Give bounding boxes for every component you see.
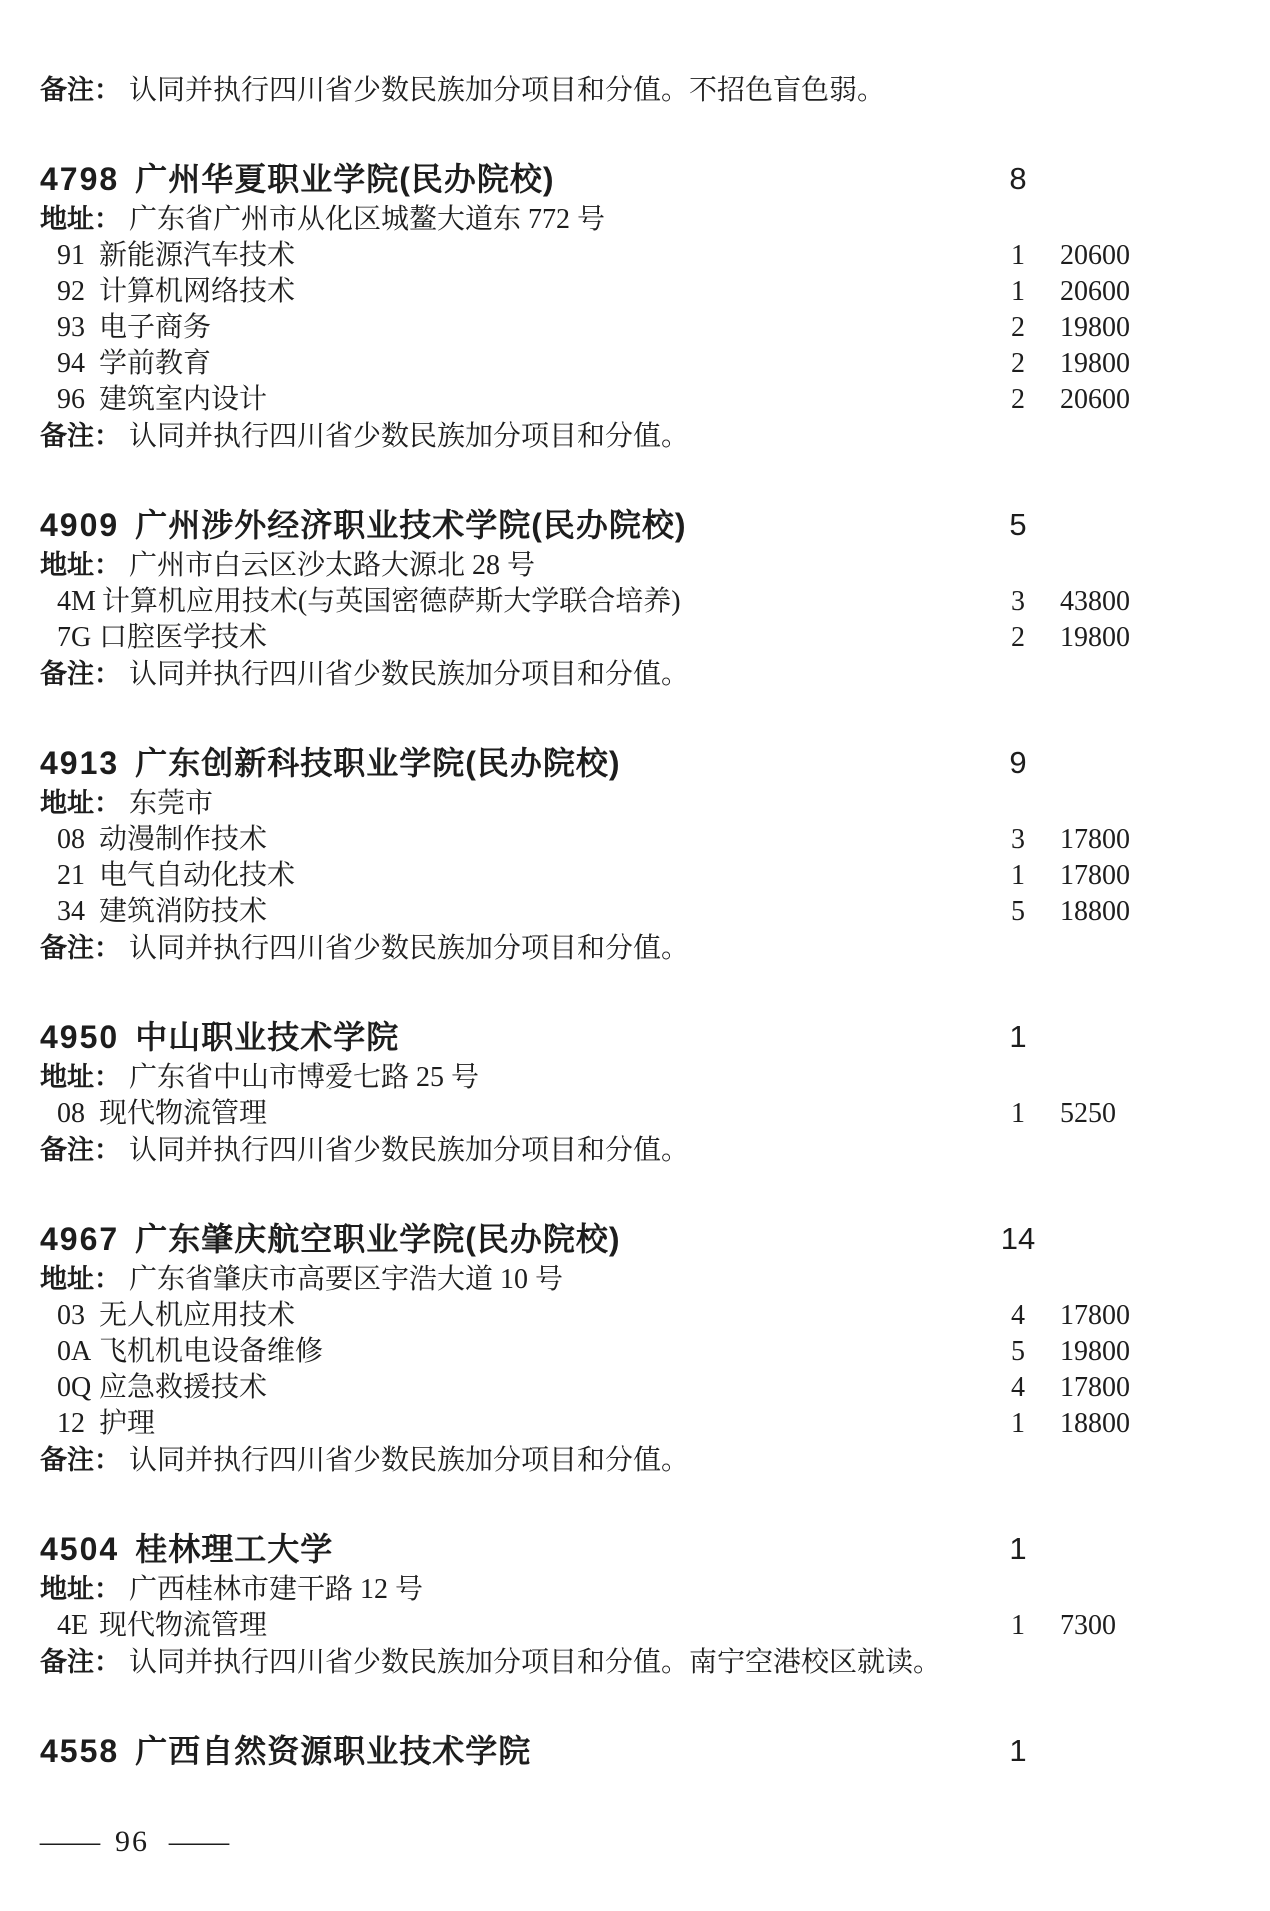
school-code: 4950 <box>40 1019 119 1055</box>
major-count: 5 <box>996 1334 1040 1370</box>
footer-right-dash: — <box>169 1822 229 1862</box>
major-code: 34 <box>57 894 93 930</box>
major-code: 92 <box>57 274 93 310</box>
major-fee: 20600 <box>1060 238 1190 274</box>
address-row: 地址：广东省中山市博爱七路 25 号 <box>40 1059 1230 1096</box>
address-label: 地址： <box>40 204 121 234</box>
page-footer: —96— <box>40 1822 199 1862</box>
school-title-row: 4558广西自然资源职业技术学院 1 <box>40 1729 1230 1773</box>
school-code: 4558 <box>40 1733 119 1769</box>
major-name: 新能源汽车技术 <box>99 240 295 271</box>
major-fee: 19800 <box>1060 1334 1190 1370</box>
major-fee: 18800 <box>1060 894 1190 930</box>
school-title-row: 4950中山职业技术学院 1 <box>40 1015 1230 1059</box>
top-note-text: 认同并执行四川省少数民族加分项目和分值。不招色盲色弱。 <box>129 75 885 106</box>
major-count: 5 <box>996 894 1040 930</box>
page-number: 96 <box>115 1825 149 1858</box>
school-section-4504: 4504桂林理工大学 1 地址：广西桂林市建干路 12 号 4E现代物流管理 1… <box>40 1527 1230 1681</box>
school-section-4798: 4798广州华夏职业学院(民办院校) 8 地址：广东省广州市从化区城鳌大道东 7… <box>40 157 1230 455</box>
major-name: 计算机网络技术 <box>99 276 295 307</box>
school-section-4558: 4558广西自然资源职业技术学院 1 <box>40 1729 1230 1773</box>
note-label: 备注： <box>40 933 121 963</box>
address-text: 广东省中山市博爱七路 25 号 <box>129 1062 479 1093</box>
school-title-row: 4504桂林理工大学 1 <box>40 1527 1230 1571</box>
note-text: 认同并执行四川省少数民族加分项目和分值。 <box>129 1135 689 1166</box>
major-name: 无人机应用技术 <box>99 1300 295 1331</box>
school-code: 4798 <box>40 161 119 197</box>
note-text: 认同并执行四川省少数民族加分项目和分值。 <box>129 1445 689 1476</box>
major-name: 学前教育 <box>99 348 211 379</box>
major-code: 08 <box>57 1096 93 1132</box>
major-row: 0Q应急救援技术 4 17800 <box>40 1370 1230 1406</box>
major-fee: 17800 <box>1060 1298 1190 1334</box>
note-text: 认同并执行四川省少数民族加分项目和分值。南宁空港校区就读。 <box>129 1647 941 1678</box>
school-name: 广东创新科技职业学院(民办院校) <box>135 745 620 781</box>
address-text: 广东省广州市从化区城鳌大道东 772 号 <box>129 204 605 235</box>
note-row: 备注：认同并执行四川省少数民族加分项目和分值。南宁空港校区就读。 <box>40 1644 1230 1681</box>
document-page: { "document": { "top_note": { "label": "… <box>0 0 1270 1911</box>
major-name: 现代物流管理 <box>99 1610 267 1641</box>
major-count: 1 <box>996 274 1040 310</box>
school-name: 中山职业技术学院 <box>135 1019 399 1055</box>
major-count: 1 <box>996 1096 1040 1132</box>
address-label: 地址： <box>40 1264 121 1294</box>
school-plan-total: 1 <box>996 1015 1040 1059</box>
major-count: 3 <box>996 822 1040 858</box>
major-fee: 17800 <box>1060 1370 1190 1406</box>
major-row: 4E现代物流管理 1 7300 <box>40 1608 1230 1644</box>
major-row: 96建筑室内设计 2 20600 <box>40 382 1230 418</box>
school-section-4909: 4909广州涉外经济职业技术学院(民办院校) 5 地址：广州市白云区沙太路大源北… <box>40 503 1230 693</box>
address-label: 地址： <box>40 1062 121 1092</box>
school-plan-total: 9 <box>996 741 1040 785</box>
major-name: 应急救援技术 <box>99 1372 267 1403</box>
address-label: 地址： <box>40 788 121 818</box>
major-fee: 19800 <box>1060 346 1190 382</box>
school-plan-total: 8 <box>996 157 1040 201</box>
major-fee: 20600 <box>1060 382 1190 418</box>
major-row: 21电气自动化技术 1 17800 <box>40 858 1230 894</box>
major-code: 91 <box>57 238 93 274</box>
note-label: 备注： <box>40 1445 121 1475</box>
major-count: 1 <box>996 858 1040 894</box>
school-title-row: 4967广东肇庆航空职业学院(民办院校) 14 <box>40 1217 1230 1261</box>
school-section-4967: 4967广东肇庆航空职业学院(民办院校) 14 地址：广东省肇庆市高要区宇浩大道… <box>40 1217 1230 1479</box>
major-name: 口腔医学技术 <box>99 622 267 653</box>
note-row: 备注：认同并执行四川省少数民族加分项目和分值。 <box>40 1132 1230 1169</box>
school-code: 4909 <box>40 507 119 543</box>
major-row: 08现代物流管理 1 5250 <box>40 1096 1230 1132</box>
major-name: 电子商务 <box>99 312 211 343</box>
major-name: 计算机应用技术(与英国密德萨斯大学联合培养) <box>102 586 681 617</box>
school-name: 广东肇庆航空职业学院(民办院校) <box>135 1221 620 1257</box>
major-row: 92计算机网络技术 1 20600 <box>40 274 1230 310</box>
major-name: 现代物流管理 <box>99 1098 267 1129</box>
note-label: 备注： <box>40 659 121 689</box>
note-label: 备注： <box>40 1135 121 1165</box>
note-label: 备注： <box>40 421 121 451</box>
school-code: 4967 <box>40 1221 119 1257</box>
major-row: 94学前教育 2 19800 <box>40 346 1230 382</box>
note-text: 认同并执行四川省少数民族加分项目和分值。 <box>129 659 689 690</box>
school-name: 广州涉外经济职业技术学院(民办院校) <box>135 507 686 543</box>
major-row: 08动漫制作技术 3 17800 <box>40 822 1230 858</box>
address-label: 地址： <box>40 1574 121 1604</box>
major-row: 93电子商务 2 19800 <box>40 310 1230 346</box>
major-name: 电气自动化技术 <box>99 860 295 891</box>
school-title-row: 4909广州涉外经济职业技术学院(民办院校) 5 <box>40 503 1230 547</box>
school-plan-total: 1 <box>996 1527 1040 1571</box>
major-row: 91新能源汽车技术 1 20600 <box>40 238 1230 274</box>
major-count: 2 <box>996 346 1040 382</box>
major-fee: 19800 <box>1060 620 1190 656</box>
major-code: 4E <box>57 1608 93 1644</box>
note-row: 备注：认同并执行四川省少数民族加分项目和分值。 <box>40 930 1230 967</box>
major-code: 4M <box>57 584 96 620</box>
major-row: 7G口腔医学技术 2 19800 <box>40 620 1230 656</box>
address-row: 地址：东莞市 <box>40 785 1230 822</box>
note-row: 备注：认同并执行四川省少数民族加分项目和分值。 <box>40 1442 1230 1479</box>
address-text: 东莞市 <box>129 788 213 819</box>
major-name: 护理 <box>99 1408 155 1439</box>
address-label: 地址： <box>40 550 121 580</box>
school-name: 广西自然资源职业技术学院 <box>135 1733 531 1769</box>
school-code: 4504 <box>40 1531 119 1567</box>
major-code: 0A <box>57 1334 93 1370</box>
major-count: 4 <box>996 1298 1040 1334</box>
address-row: 地址：广西桂林市建干路 12 号 <box>40 1571 1230 1608</box>
major-fee: 5250 <box>1060 1096 1190 1132</box>
major-code: 93 <box>57 310 93 346</box>
note-text: 认同并执行四川省少数民族加分项目和分值。 <box>129 933 689 964</box>
school-code: 4913 <box>40 745 119 781</box>
major-count: 1 <box>996 1608 1040 1644</box>
school-title-row: 4913广东创新科技职业学院(民办院校) 9 <box>40 741 1230 785</box>
major-name: 飞机机电设备维修 <box>99 1336 323 1367</box>
major-count: 1 <box>996 1406 1040 1442</box>
note-row: 备注：认同并执行四川省少数民族加分项目和分值。 <box>40 418 1230 455</box>
major-count: 1 <box>996 238 1040 274</box>
major-fee: 19800 <box>1060 310 1190 346</box>
school-plan-total: 1 <box>996 1729 1040 1773</box>
major-row: 4M计算机应用技术(与英国密德萨斯大学联合培养) 3 43800 <box>40 584 1230 620</box>
page-content: 备注：认同并执行四川省少数民族加分项目和分值。不招色盲色弱。 4798广州华夏职… <box>40 72 1230 1773</box>
major-code: 08 <box>57 822 93 858</box>
major-code: 7G <box>57 620 93 656</box>
note-row: 备注：认同并执行四川省少数民族加分项目和分值。 <box>40 656 1230 693</box>
major-count: 2 <box>996 382 1040 418</box>
major-code: 94 <box>57 346 93 382</box>
address-text: 广西桂林市建干路 12 号 <box>129 1574 423 1605</box>
footer-left-dash: — <box>40 1822 100 1862</box>
school-name: 广州华夏职业学院(民办院校) <box>135 161 554 197</box>
top-note-row: 备注：认同并执行四川省少数民族加分项目和分值。不招色盲色弱。 <box>40 72 1230 109</box>
top-note-label: 备注： <box>40 75 121 105</box>
major-count: 3 <box>996 584 1040 620</box>
school-plan-total: 5 <box>996 503 1040 547</box>
major-row: 34建筑消防技术 5 18800 <box>40 894 1230 930</box>
address-text: 广州市白云区沙太路大源北 28 号 <box>129 550 535 581</box>
address-row: 地址：广州市白云区沙太路大源北 28 号 <box>40 547 1230 584</box>
major-fee: 17800 <box>1060 858 1190 894</box>
major-row: 12护理 1 18800 <box>40 1406 1230 1442</box>
major-code: 0Q <box>57 1370 93 1406</box>
major-name: 建筑消防技术 <box>99 896 267 927</box>
major-row: 0A飞机机电设备维修 5 19800 <box>40 1334 1230 1370</box>
major-code: 96 <box>57 382 93 418</box>
major-code: 03 <box>57 1298 93 1334</box>
major-count: 2 <box>996 310 1040 346</box>
major-count: 2 <box>996 620 1040 656</box>
note-text: 认同并执行四川省少数民族加分项目和分值。 <box>129 421 689 452</box>
school-plan-total: 14 <box>996 1217 1040 1261</box>
major-fee: 20600 <box>1060 274 1190 310</box>
school-section-4913: 4913广东创新科技职业学院(民办院校) 9 地址：东莞市 08动漫制作技术 3… <box>40 741 1230 967</box>
major-name: 建筑室内设计 <box>99 384 267 415</box>
major-fee: 18800 <box>1060 1406 1190 1442</box>
school-title-row: 4798广州华夏职业学院(民办院校) 8 <box>40 157 1230 201</box>
address-row: 地址：广东省广州市从化区城鳌大道东 772 号 <box>40 201 1230 238</box>
address-row: 地址：广东省肇庆市高要区宇浩大道 10 号 <box>40 1261 1230 1298</box>
major-fee: 7300 <box>1060 1608 1190 1644</box>
major-code: 12 <box>57 1406 93 1442</box>
address-text: 广东省肇庆市高要区宇浩大道 10 号 <box>129 1264 563 1295</box>
major-count: 4 <box>996 1370 1040 1406</box>
major-fee: 43800 <box>1060 584 1190 620</box>
school-name: 桂林理工大学 <box>135 1531 333 1567</box>
major-row: 03无人机应用技术 4 17800 <box>40 1298 1230 1334</box>
school-section-4950: 4950中山职业技术学院 1 地址：广东省中山市博爱七路 25 号 08现代物流… <box>40 1015 1230 1169</box>
major-name: 动漫制作技术 <box>99 824 267 855</box>
note-label: 备注： <box>40 1647 121 1677</box>
major-fee: 17800 <box>1060 822 1190 858</box>
major-code: 21 <box>57 858 93 894</box>
